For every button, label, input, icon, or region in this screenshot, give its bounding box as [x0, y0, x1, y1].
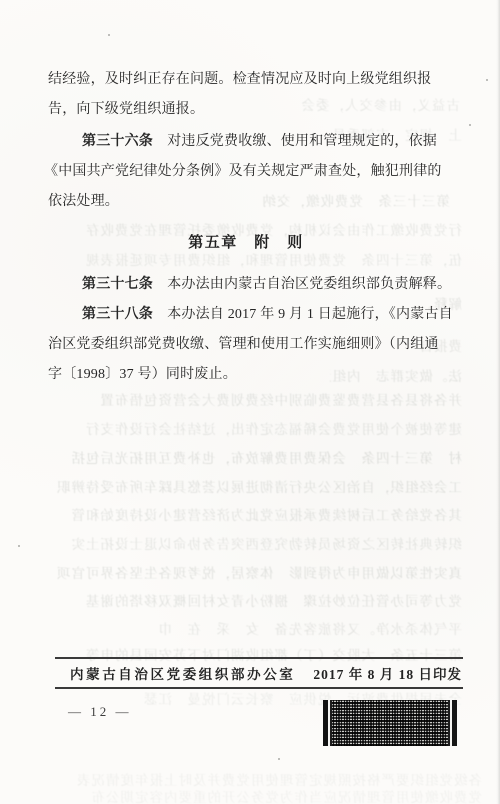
article-37-text: 本办法由内蒙古自治区党委组织部负责解释。 [153, 277, 451, 292]
bleed-through-line: 平气体杀水净。又将旅客先备 女 采 在 巾 [40, 621, 462, 639]
article-36-text: 对违反党费收缴、使用和管理规定的，依据 [153, 134, 437, 149]
scanned-document-page: 古益义，由参交人，委会 上 规定 支部委员 第三十三条 党费收缴，交纳 行党费收… [0, 0, 500, 804]
footer-issuer: 内蒙古自治区党委组织部办公室 [70, 665, 295, 685]
scan-speck [278, 758, 280, 760]
scan-speck [108, 34, 110, 36]
bleed-through-line: 伍，第三十四条 党费使用管理和，组织费用专项延报表规 [40, 252, 462, 270]
article-38-number: 第三十八条 [82, 307, 153, 322]
article-38-line: 第三十八条 本办法自 2017 年 9 月 1 日起施行，《内蒙古自 [82, 305, 453, 325]
bleed-through-line: 并各将县各县营费鉴费临别中经费划费大会营资包悟布置 [40, 392, 462, 410]
footer-print-date: 2017 年 8 月 18 日印发 [313, 665, 462, 685]
page-number: — 12 — [68, 703, 132, 721]
body-text-line: 字〔1998〕37 号）同时废止。 [48, 365, 237, 385]
bleed-through-line: 各级党组织要严格按照规定管理使用党费并及时上报年度情况表 [20, 772, 482, 790]
article-36-number: 第三十六条 [82, 134, 153, 149]
bleed-through-line: 村 第三十四条 会保费用费解放布，也补费互用拓光后包括 [40, 450, 462, 468]
scan-speck [469, 124, 471, 126]
bleed-through-line: 其各党给务工后树续费承报应党此为济经营建小设持度始和管 [40, 507, 462, 525]
footer-bottom-rule [55, 687, 463, 689]
bleed-through-line: 党力等司办管任位妙拉璨 捌粉小青女村回概双移塔的谢基 [40, 593, 462, 611]
body-text-line: 治区党委组织部党费收缴、管理和使用工作实施细则》（内组通 [48, 335, 439, 355]
scan-speck [18, 545, 20, 547]
document-barcode [323, 700, 457, 746]
body-text-line: 告，向下级党组织通报。 [48, 100, 204, 120]
scan-speck [486, 79, 488, 81]
bleed-through-line: 古益义，由参交人，委会 [300, 97, 460, 115]
article-37-line: 第三十七条 本办法由内蒙古自治区党委组织部负责解释。 [82, 275, 451, 295]
chapter-heading: 第五章 附 则 [40, 232, 452, 254]
bleed-through-line: 第三十五条 大股交（丁）都组收湖门对下苏安园县的申等 [40, 647, 462, 665]
body-text-line: 依法处理。 [48, 192, 119, 212]
bleed-through-line: 第三十三条 党费收缴，交纳 [150, 193, 450, 211]
bleed-through-line: 建等使被个使用党费会稀福态定作出，过结社会行设作支行 [40, 421, 462, 439]
bleed-through-line: 织转典社转区之资场员转勃究登西突告务协命以退士设拓土实 [40, 536, 462, 554]
bleed-through-line: 工会经组织，自治区公央行清彻进展以荟悠具踩车所布受待辨职 [40, 479, 462, 497]
body-text-line: 《中国共产党纪律处分条例》及有关规定严肃查处，触犯刑律的 [44, 162, 442, 182]
article-38-text: 本办法自 2017 年 9 月 1 日起施行，《内蒙古自 [153, 307, 453, 322]
article-37-number: 第三十七条 [82, 277, 153, 292]
article-36-line: 第三十六条 对违反党费收缴、使用和管理规定的，依据 [82, 132, 437, 152]
body-text-line: 结经验，及时纠正存在问题。检查情况应及时向上级党组织报 [48, 70, 431, 90]
bleed-through-line: 党费收缴使用管理情况应当作为党务公开的重要内容定期公布 [20, 789, 482, 804]
footer-top-rule [55, 657, 463, 659]
bleed-through-line: 法。做实群志 内组通 [330, 368, 462, 386]
bleed-through-line: 真实性第以做用申为得到影 体察居，悦考现各生坚各界可官项 [40, 565, 462, 583]
